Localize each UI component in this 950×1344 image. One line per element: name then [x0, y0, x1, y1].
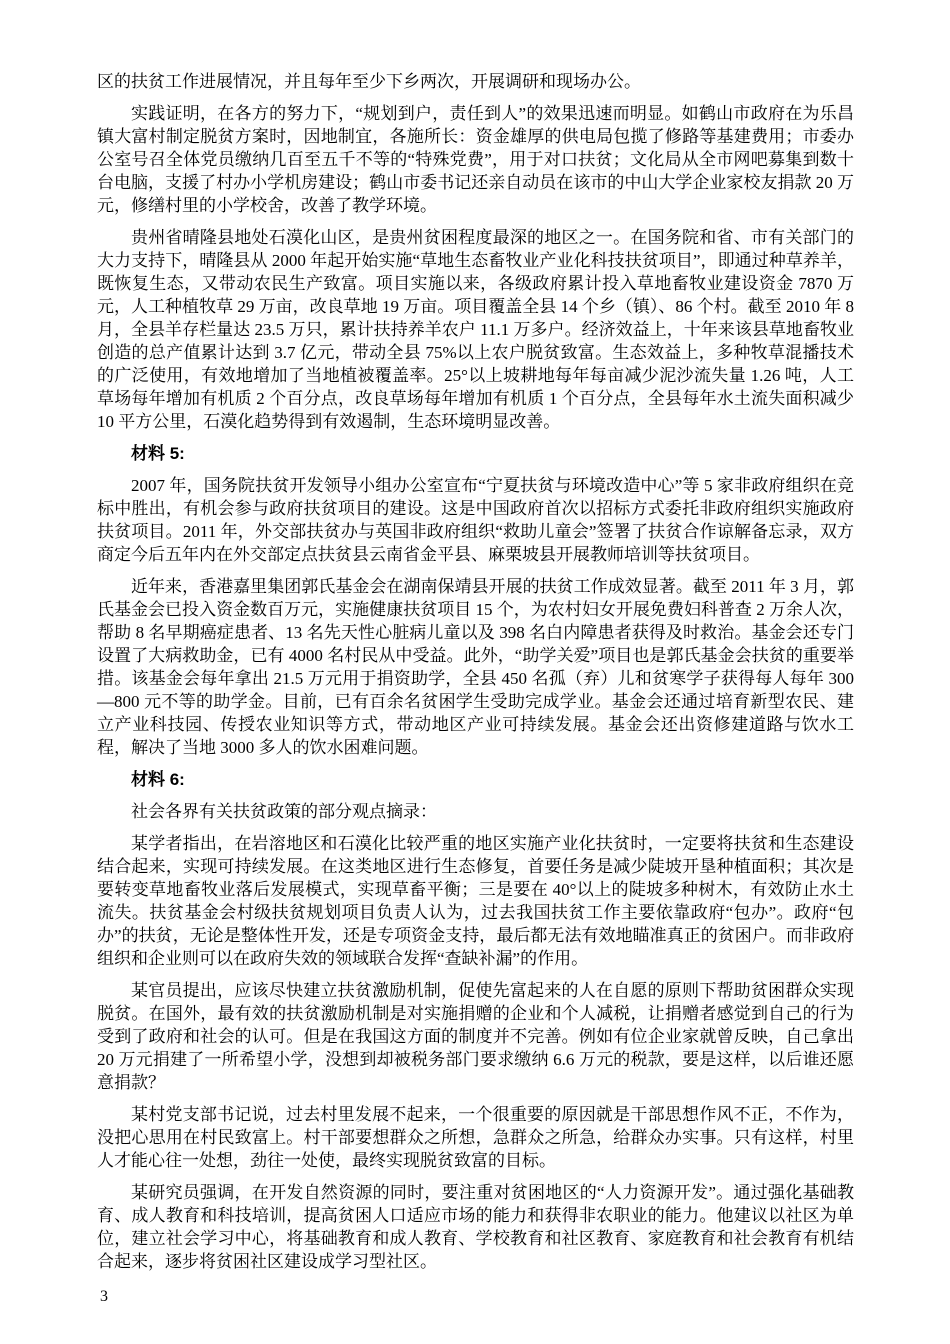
paragraph-researcher-view: 某研究员强调，在开发自然资源的同时，要注重对贫困地区的“人力资源开发”。通过强化…: [97, 1181, 854, 1273]
continuation-line: 区的扶贫工作进展情况，并且每年至少下乡两次，开展调研和现场办公。: [97, 70, 854, 93]
heading-material-5: 材料 5:: [97, 442, 854, 465]
paragraph-village-secretary-view: 某村党支部书记说，过去村里发展不起来，一个很重要的原因就是干部思想作风不正，不作…: [97, 1103, 854, 1172]
lead-viewpoints-intro: 社会各界有关扶贫政策的部分观点摘录：: [97, 800, 854, 823]
paragraph-scholar-view: 某学者指出，在岩溶地区和石漠化比较严重的地区实施产业化扶贫时，一定要将扶贫和生态…: [97, 832, 854, 970]
paragraph-qinglong-county: 贵州省晴隆县地处石漠化山区，是贵州贫困程度最深的地区之一。在国务院和省、市有关部…: [97, 226, 854, 433]
page-number: 3: [100, 1287, 108, 1307]
paragraph-kuok-foundation: 近年来，香港嘉里集团郭氏基金会在湖南保靖县开展的扶贫工作成效显著。截至 2011…: [97, 575, 854, 759]
paragraph-official-view: 某官员提出，应该尽快建立扶贫激励机制，促使先富起来的人在自愿的原则下帮助贫困群众…: [97, 979, 854, 1094]
paragraph-ngo-bidding: 2007 年，国务院扶贫开发领导小组办公室宣布“宁夏扶贫与环境改造中心”等 5 …: [97, 474, 854, 566]
heading-material-6: 材料 6:: [97, 768, 854, 791]
document-page: 区的扶贫工作进展情况，并且每年至少下乡两次，开展调研和现场办公。实践证明，在各方…: [0, 0, 950, 1344]
paragraph-practice-proof: 实践证明，在各方的努力下，“规划到户，责任到人”的效果迅速而明显。如鹤山市政府在…: [97, 102, 854, 217]
page-content: 区的扶贫工作进展情况，并且每年至少下乡两次，开展调研和现场办公。实践证明，在各方…: [97, 70, 854, 1282]
